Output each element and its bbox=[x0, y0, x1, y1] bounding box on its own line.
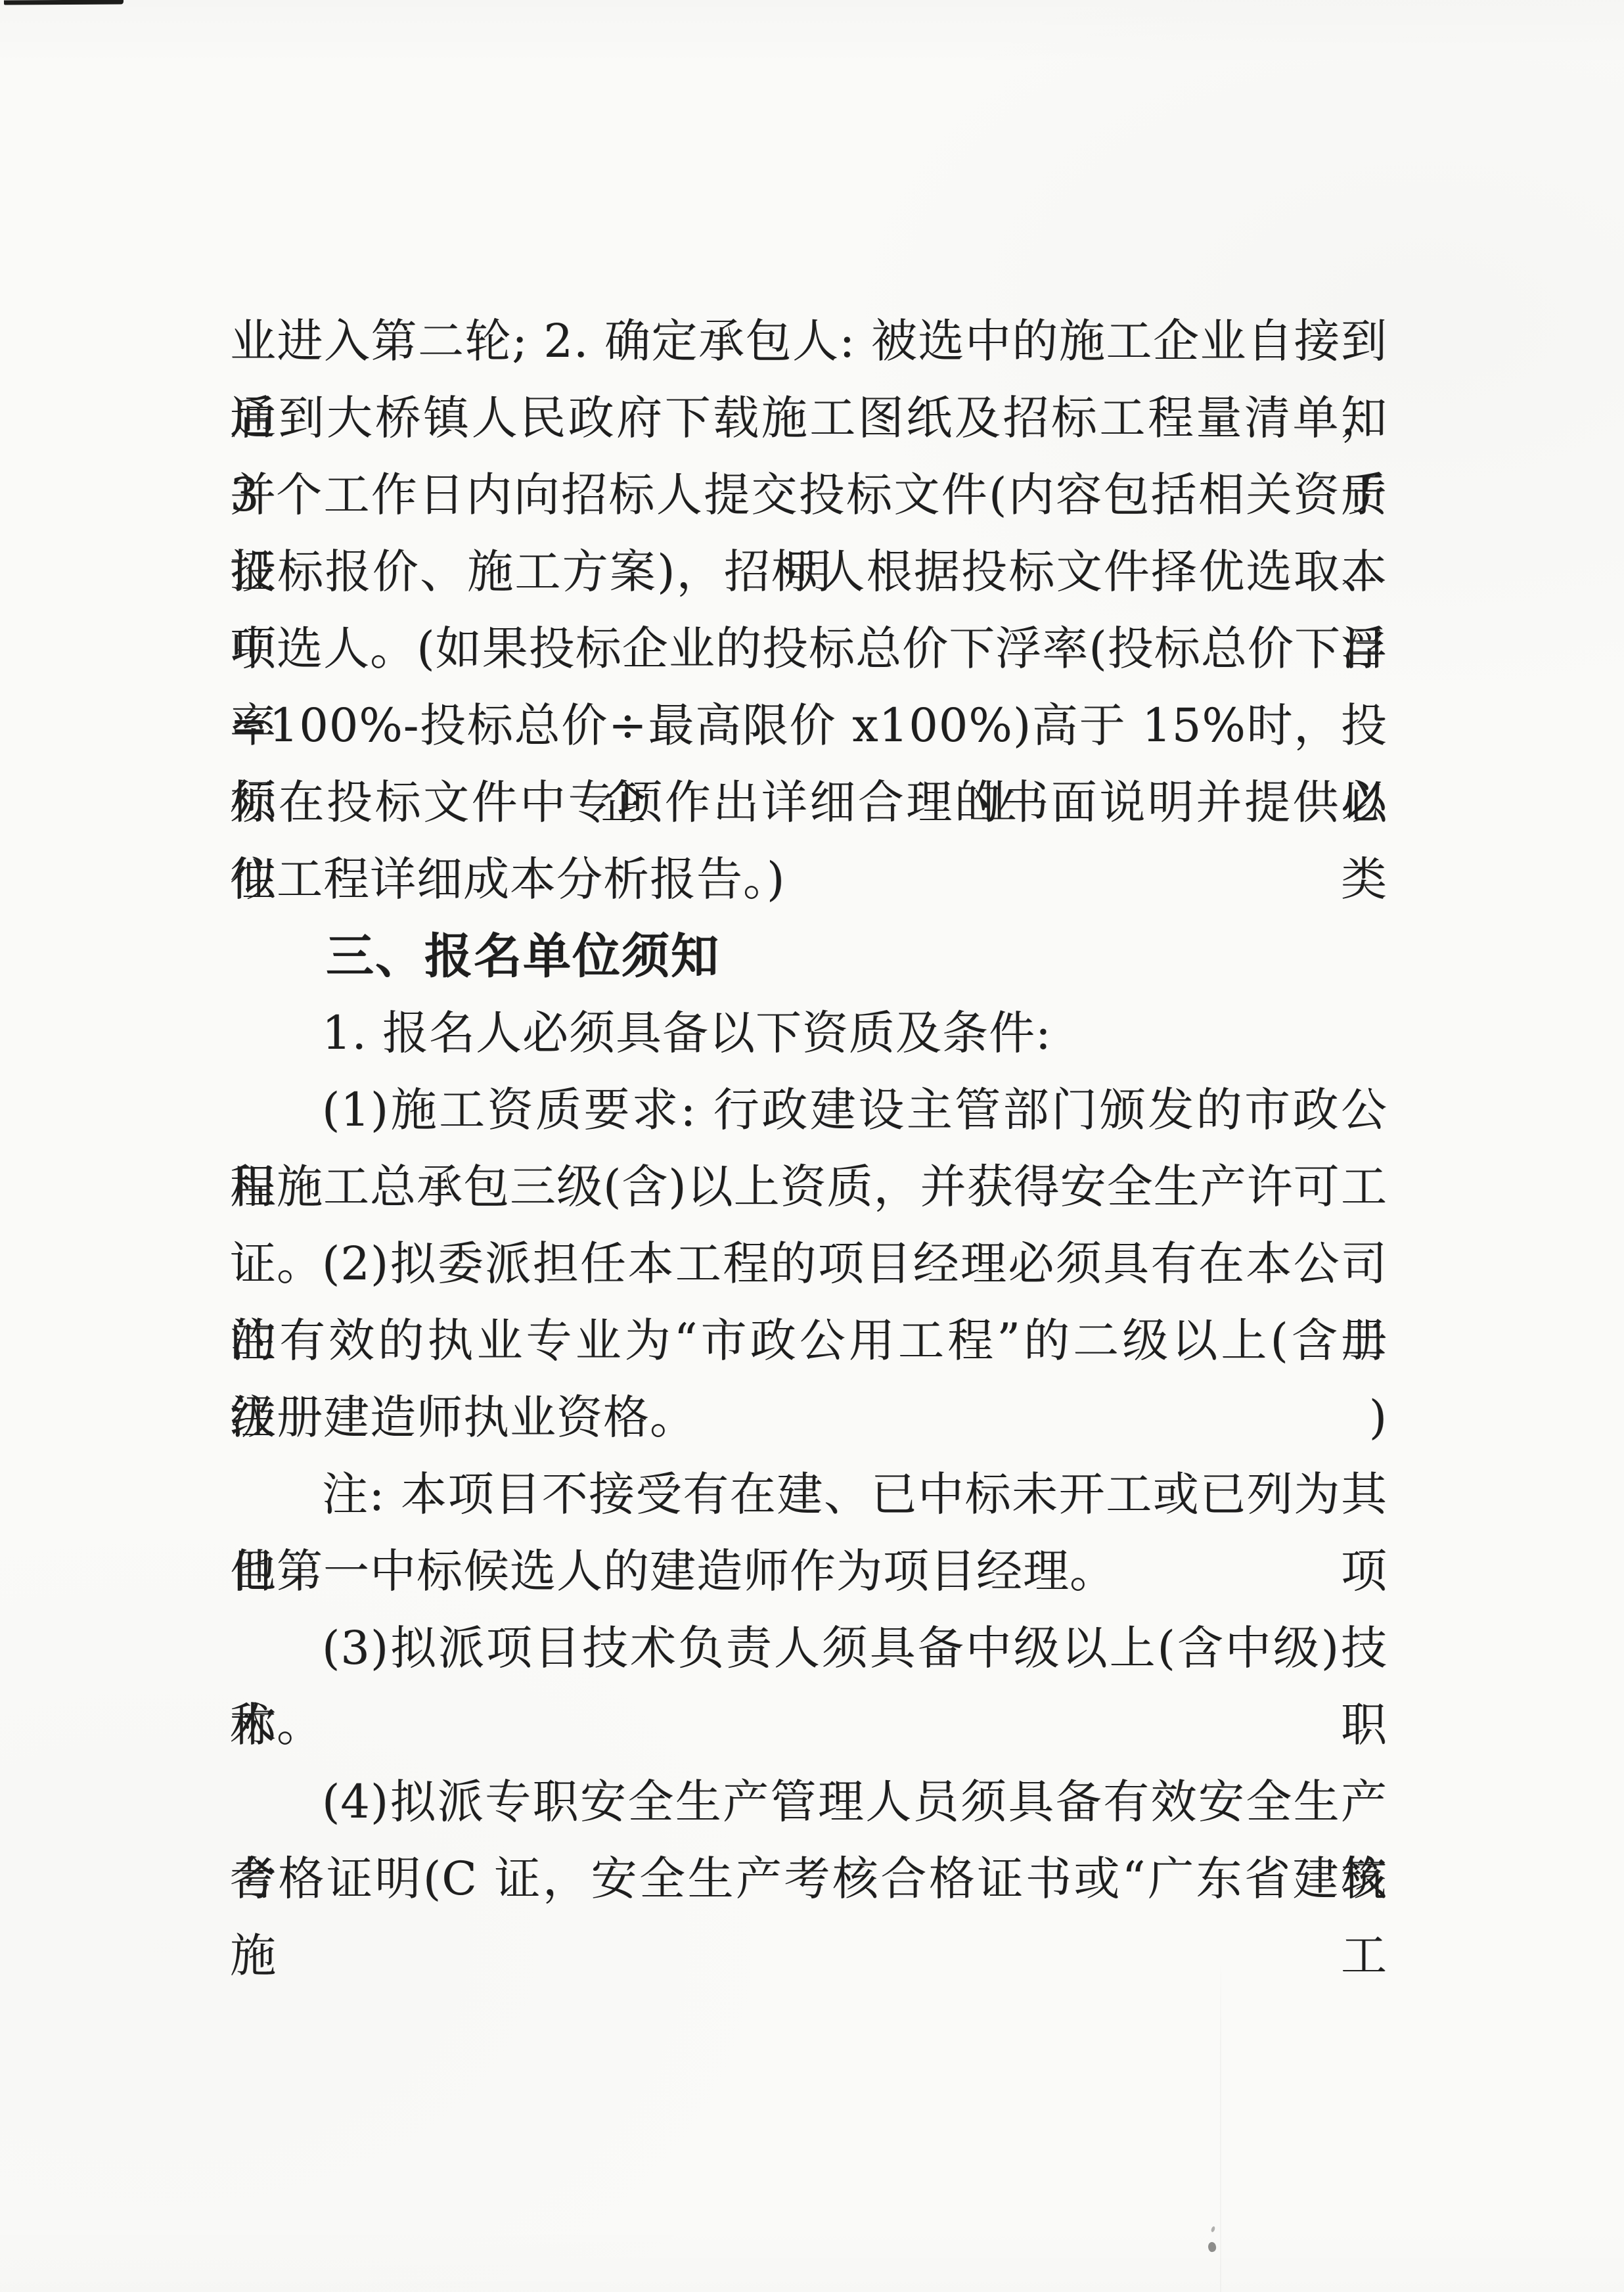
text-line-10: 1. 报名人必须具备以下资质及条件: bbox=[230, 995, 1387, 1072]
scanned-page: 业进入第二轮; 2. 确定承包人: 被选中的施工企业自接到通知后到大桥镇人民政府… bbox=[0, 0, 1624, 2292]
text-line-16: 注: 本项目不接受有在建、已中标未开工或已列为其他项 bbox=[230, 1456, 1387, 1533]
text-line-6: =100%-投标总价÷最高限价 x100%)高于 15%时，投标企业必 bbox=[230, 687, 1387, 764]
section-heading: 三、报名单位须知 bbox=[230, 918, 1387, 995]
speck-dot-small bbox=[1211, 2226, 1216, 2232]
text-line-20: (4)拟派专职安全生产管理人员须具备有效安全生产考核 bbox=[230, 1764, 1387, 1841]
speck-dot-big bbox=[1207, 2241, 1217, 2253]
text-line-4: 投标报价、施工方案)，招标人根据投标文件择优选取本项目 bbox=[230, 534, 1387, 610]
text-line-1: 业进入第二轮; 2. 确定承包人: 被选中的施工企业自接到通知 bbox=[230, 303, 1387, 380]
text-line-5: 中选人。(如果投标企业的投标总价下浮率(投标总价下浮率 bbox=[230, 610, 1387, 687]
scanned-document-screenshot: { "page": { "kind": "scanned-official-do… bbox=[0, 0, 1624, 2292]
text-line-12: 程施工总承包三级(含)以上资质，并获得安全生产许可证。 bbox=[230, 1149, 1387, 1226]
text-line-21: 合格证明(C 证，安全生产考核合格证书或“广东省建筑施工 bbox=[230, 1841, 1387, 1917]
text-line-2: 后到大桥镇人民政府下载施工图纸及招标工程量清单，并于 bbox=[230, 380, 1387, 457]
text-line-13: (2)拟委派担任本工程的项目经理必须具有在本公司注册 bbox=[230, 1226, 1387, 1302]
scan-artifact-ink-speck bbox=[1206, 2226, 1219, 2254]
scan-artifact-corner-streak bbox=[4, 0, 124, 5]
document-text-block: 业进入第二轮; 2. 确定承包人: 被选中的施工企业自接到通知后到大桥镇人民政府… bbox=[230, 303, 1387, 1917]
text-line-11: (1)施工资质要求: 行政建设主管部门颁发的市政公用工 bbox=[230, 1072, 1387, 1149]
text-line-14: 的有效的执业专业为“市政公用工程”的二级以上(含二级) bbox=[230, 1302, 1387, 1379]
text-line-7: 须在投标文件中专项作出详细合理的书面说明并提供以往类 bbox=[230, 764, 1387, 841]
text-line-18: (3)拟派项目技术负责人须具备中级以上(含中级)技术职 bbox=[230, 1610, 1387, 1687]
scan-artifact-vertical-line bbox=[1220, 1958, 1221, 2292]
text-line-3: 3 个工作日内向招标人提交投标文件(内容包括相关资质证明、 bbox=[230, 457, 1387, 534]
